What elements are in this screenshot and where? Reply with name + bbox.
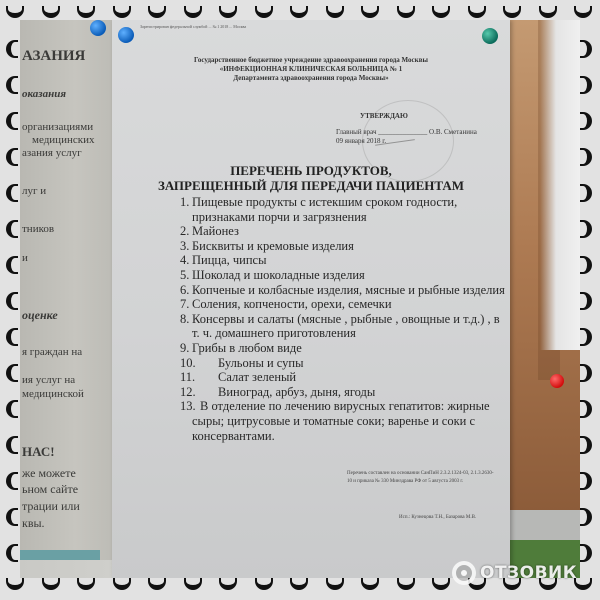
border-scallop — [6, 364, 18, 382]
approval-signer: Главный врач ______________ О.В. Сметани… — [336, 128, 477, 136]
border-scallop — [6, 220, 18, 238]
list-item: 8.Консервы и салаты (мясные , рыбные , о… — [180, 312, 510, 341]
border-scallop — [219, 6, 237, 18]
list-item: 3.Бисквиты и кремовые изделия — [180, 239, 510, 254]
list-item-text: В отделение по лечению вирусных гепатито… — [192, 399, 510, 443]
list-item-number: 7. — [180, 297, 189, 312]
left-line: медицинских — [32, 134, 94, 146]
border-scallop — [468, 6, 486, 18]
border-scallop — [255, 578, 273, 590]
list-item-number: 4. — [180, 253, 189, 268]
left-line: трации или — [22, 499, 80, 514]
border-scallop — [580, 40, 592, 58]
left-subheading: оценке — [22, 308, 58, 323]
list-item-number: 6. — [180, 283, 189, 298]
border-scallop — [113, 6, 131, 18]
list-item-text: Копченые и колбасные изделия, мясные и р… — [192, 283, 505, 297]
border-scallop — [148, 6, 166, 18]
list-item-number: 1. — [180, 195, 189, 210]
border-scallop — [219, 578, 237, 590]
border-scallop — [580, 328, 592, 346]
border-scallop — [6, 328, 18, 346]
list-item: 10.Бульоны и супы — [180, 356, 510, 371]
list-item-number: 13. — [180, 399, 196, 414]
border-scallop — [580, 148, 592, 166]
blue-push-pin — [90, 20, 106, 36]
border-scallop — [503, 6, 521, 18]
list-item: 2.Майонез — [180, 224, 510, 239]
document-title: ПЕРЕЧЕНЬ ПРОДУКТОВ, — [112, 163, 510, 179]
border-scallop — [42, 6, 60, 18]
organization-line: «ИНФЕКЦИОННАЯ КЛИНИЧЕСКАЯ БОЛЬНИЦА № 1 — [112, 65, 510, 73]
right-sheet — [540, 20, 580, 350]
border-scallop — [6, 472, 18, 490]
border-scallop — [6, 148, 18, 166]
left-line: организациями — [22, 121, 93, 133]
blue-push-pin — [118, 27, 134, 43]
registration-header: Зарегистрирован федеральной службой ... … — [140, 24, 246, 29]
list-item-text: Грибы в любом виде — [192, 341, 302, 355]
border-scallop — [77, 6, 95, 18]
watermark-text: ОТЗОВИК — [480, 563, 577, 583]
border-scallop — [580, 364, 592, 382]
list-item-number: 9. — [180, 341, 189, 356]
list-item-number: 12. — [180, 385, 196, 400]
list-item-text: Пищевые продукты с истекшим сроком годно… — [192, 195, 457, 224]
list-item-number: 5. — [180, 268, 189, 283]
border-scallop — [6, 184, 18, 202]
border-scallop — [6, 436, 18, 454]
list-item-text: Шоколад и шоколадные изделия — [192, 268, 365, 282]
list-item-number: 2. — [180, 224, 189, 239]
border-scallop — [6, 6, 24, 18]
border-scallop — [326, 6, 344, 18]
border-scallop — [580, 76, 592, 94]
border-scallop — [574, 6, 592, 18]
approval-date: 09 января 2018 г. — [336, 137, 386, 145]
photo: АЗАНИЯ оказания организациями медицински… — [20, 20, 580, 578]
list-item: 1.Пищевые продукты с истекшим сроком год… — [180, 195, 510, 224]
border-scallop — [326, 578, 344, 590]
list-item-number: 11. — [180, 370, 195, 385]
border-scallop — [6, 400, 18, 418]
board-frame — [500, 510, 580, 540]
photo-frame: АЗАНИЯ оказания организациями медицински… — [0, 0, 600, 600]
list-item-text: Виноград, арбуз, дыня, ягоды — [218, 385, 375, 399]
border-scallop — [6, 256, 18, 274]
border-scallop — [580, 544, 592, 562]
list-item-text: Пицца, чипсы — [192, 253, 267, 267]
border-scallop — [580, 400, 592, 418]
border-scallop — [255, 6, 273, 18]
list-item: 11.Салат зеленый — [180, 370, 510, 385]
red-push-pin — [550, 374, 564, 388]
border-scallop — [580, 184, 592, 202]
list-item-text: Бульоны и супы — [218, 356, 304, 370]
list-item: 12.Виноград, арбуз, дыня, ягоды — [180, 385, 510, 400]
otzovik-watermark: ОТЗОВИК — [452, 558, 577, 588]
border-scallop — [6, 578, 24, 590]
left-document: АЗАНИЯ оказания организациями медицински… — [20, 20, 112, 560]
border-scallop — [397, 6, 415, 18]
list-item-number: 10. — [180, 356, 196, 371]
left-line: ия услуг на — [22, 374, 75, 386]
document-title: ЗАПРЕЩЕННЫЙ ДЛЯ ПЕРЕДАЧИ ПАЦИЕНТАМ — [112, 178, 510, 194]
border-scallop — [290, 578, 308, 590]
border-scallop — [6, 76, 18, 94]
border-scallop — [432, 578, 450, 590]
list-item-text: Консервы и салаты (мясные , рыбные , ово… — [192, 312, 500, 341]
border-scallop — [580, 472, 592, 490]
list-item: 9.Грибы в любом виде — [180, 341, 510, 356]
left-line: тников — [22, 223, 54, 235]
border-scallop — [580, 220, 592, 238]
border-scallop — [6, 40, 18, 58]
left-subheading: оказания — [22, 88, 66, 100]
teal-push-pin — [482, 28, 498, 44]
border-scallop — [77, 578, 95, 590]
footnote: Перечень составлен на основании СанПиН 2… — [347, 470, 497, 486]
otzovik-logo-icon — [452, 561, 476, 585]
executors: Исп.: Кузнецова Т.Н., Базарова М.В. — [399, 515, 476, 520]
border-scallop — [539, 6, 557, 18]
left-line: квы. — [22, 516, 45, 531]
border-scallop — [42, 578, 60, 590]
list-item-number: 3. — [180, 239, 189, 254]
border-scallop — [580, 508, 592, 526]
organization-line: Департамента здравоохранения города Моск… — [112, 74, 510, 82]
left-line: луг и — [22, 185, 46, 197]
list-item: 7.Соления, копчености, орехи, семечки — [180, 297, 510, 312]
list-item-text: Майонез — [192, 224, 239, 238]
list-item-text: Бисквиты и кремовые изделия — [192, 239, 354, 253]
border-scallop — [397, 578, 415, 590]
border-scallop — [184, 578, 202, 590]
left-line: я граждан на — [22, 346, 82, 358]
left-line: же можете — [22, 466, 76, 481]
list-item-text: Соления, копчености, орехи, семечки — [192, 297, 392, 311]
list-item: 6.Копченые и колбасные изделия, мясные и… — [180, 283, 510, 298]
border-scallop — [361, 578, 379, 590]
border-scallop — [580, 112, 592, 130]
border-scallop — [148, 578, 166, 590]
left-heading: АЗАНИЯ — [22, 48, 85, 65]
border-scallop — [580, 292, 592, 310]
left-line: азания услуг — [22, 147, 82, 159]
border-scallop — [6, 544, 18, 562]
left-line: медицинской — [22, 388, 84, 400]
list-item: 13.В отделение по лечению вирусных гепат… — [180, 399, 510, 443]
border-scallop — [113, 578, 131, 590]
border-scallop — [290, 6, 308, 18]
list-item-text: Салат зеленый — [218, 370, 296, 384]
border-scallop — [361, 6, 379, 18]
organization-line: Государственное бюджетное учреждение здр… — [112, 56, 510, 64]
main-document: Зарегистрирован федеральной службой ... … — [112, 20, 510, 578]
prohibited-products-list: 1.Пищевые продукты с истекшим сроком год… — [180, 195, 510, 443]
border-scallop — [432, 6, 450, 18]
left-line: и — [22, 252, 28, 264]
border-scallop — [6, 292, 18, 310]
approval-label: УТВЕРЖДАЮ — [360, 112, 408, 120]
border-scallop — [580, 256, 592, 274]
border-scallop — [6, 112, 18, 130]
left-line: ьном сайте — [22, 482, 78, 497]
list-item: 4.Пицца, чипсы — [180, 253, 510, 268]
left-heading: НАС! — [22, 444, 55, 460]
list-item-number: 8. — [180, 312, 189, 327]
border-scallop — [580, 436, 592, 454]
border-scallop — [6, 508, 18, 526]
list-item: 5.Шоколад и шоколадные изделия — [180, 268, 510, 283]
border-scallop — [184, 6, 202, 18]
